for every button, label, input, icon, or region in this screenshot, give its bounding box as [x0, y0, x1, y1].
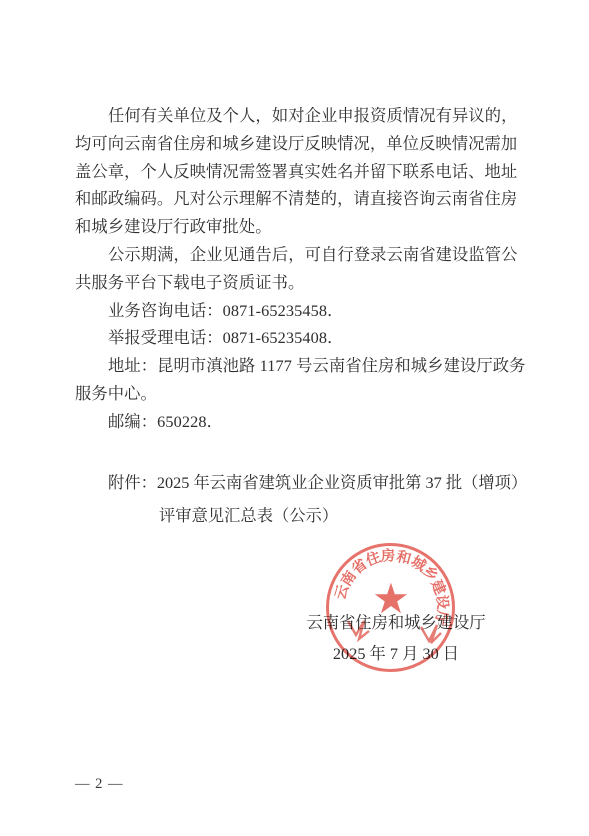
address-line: 服务中心。	[75, 380, 516, 408]
document-page: 任何有关单位及个人，如对企业申报资质情况有异议的， 均可向云南省住房和城乡建设厅…	[0, 0, 589, 836]
signature-block: 云南省住房和城乡建设厅 2025 年 7 月 30 日	[290, 608, 502, 669]
paragraph-line: 公示期满，企业见通告后，可自行登录云南省建设监管公	[75, 241, 516, 269]
postcode-line: 邮编：650228．	[75, 408, 516, 436]
attachment-block: 附件：2025 年云南省建筑业企业资质审批第 37 批（增项） 评审意见汇总表（…	[75, 466, 535, 532]
phone-business-line: 业务咨询电话：0871-65235458．	[75, 297, 516, 325]
paragraph-line: 任何有关单位及个人，如对企业申报资质情况有异议的，	[75, 102, 516, 130]
attachment-line: 评审意见汇总表（公示）	[75, 499, 535, 532]
paragraph-line: 共服务平台下载电子资质证书。	[75, 269, 516, 297]
address-line: 地址：昆明市滇池路 1177 号云南省住房和城乡建设厅政务	[75, 352, 516, 380]
issuer-name: 云南省住房和城乡建设厅	[290, 608, 502, 639]
paragraph-line: 和城乡建设厅行政审批处。	[75, 213, 516, 241]
paragraph-line: 和邮政编码。凡对公示理解不清楚的，请直接咨询云南省住房	[75, 185, 516, 213]
phone-report-line: 举报受理电话：0871-65235408．	[75, 324, 516, 352]
paragraph-line: 盖公章，个人反映情况需签署真实姓名并留下联系电话、地址	[75, 158, 516, 186]
issue-date: 2025 年 7 月 30 日	[290, 639, 502, 670]
page-number: — 2 —	[75, 776, 124, 793]
body-text: 任何有关单位及个人，如对企业申报资质情况有异议的， 均可向云南省住房和城乡建设厅…	[75, 102, 516, 436]
paragraph-line: 均可向云南省住房和城乡建设厅反映情况，单位反映情况需加	[75, 130, 516, 158]
attachment-line: 附件：2025 年云南省建筑业企业资质审批第 37 批（增项）	[75, 466, 535, 499]
